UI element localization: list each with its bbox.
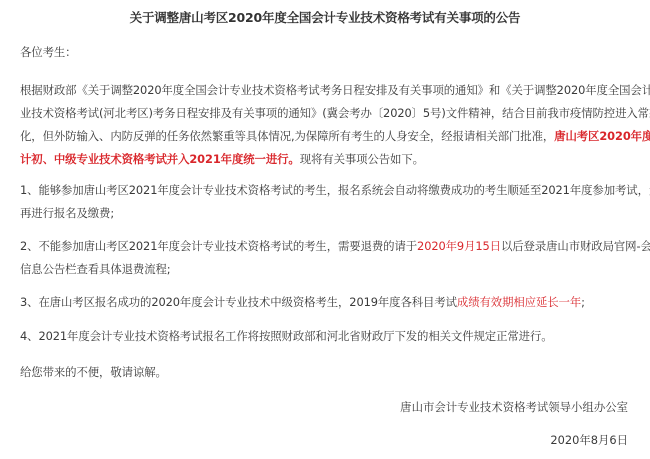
refund-date: 2020年9月15日	[417, 239, 501, 253]
closing: 给您带来的不便，敬请谅解。	[20, 361, 632, 384]
item-1: 1、能够参加唐山考区2021年度会计专业技术资格考试的考生，报名系统会自动将缴费…	[20, 179, 632, 225]
date: 2020年8月6日	[550, 432, 628, 448]
signature: 唐山市会计专业技术资格考试领导小组办公室	[400, 399, 628, 415]
highlight-text: 唐山考区2020年度会	[554, 129, 650, 143]
item-3: 3、在唐山考区报名成功的2020年度会计专业技术中级资格考生，2019年度各科目…	[20, 291, 632, 314]
item-2: 2、不能参加唐山考区2021年度会计专业技术资格考试的考生，需要退费的请于202…	[20, 235, 632, 281]
highlight-text: 成绩有效期相应延长一年	[457, 295, 581, 309]
greeting: 各位考生：	[20, 41, 632, 64]
intro-paragraph: 根据财政部《关于调整2020年度全国会计专业技术资格考试考务日程安排及有关事项的…	[20, 79, 632, 171]
highlight-text: 计初、中级专业技术资格考试并入2021年度统一进行。	[20, 152, 300, 166]
item-4: 4、2021年度会计专业技术资格考试报名工作将按照财政部和河北省财政厅下发的相关…	[20, 325, 632, 348]
notice-title: 关于调整唐山考区2020年度全国会计专业技术资格考试有关事项的公告	[0, 8, 650, 26]
